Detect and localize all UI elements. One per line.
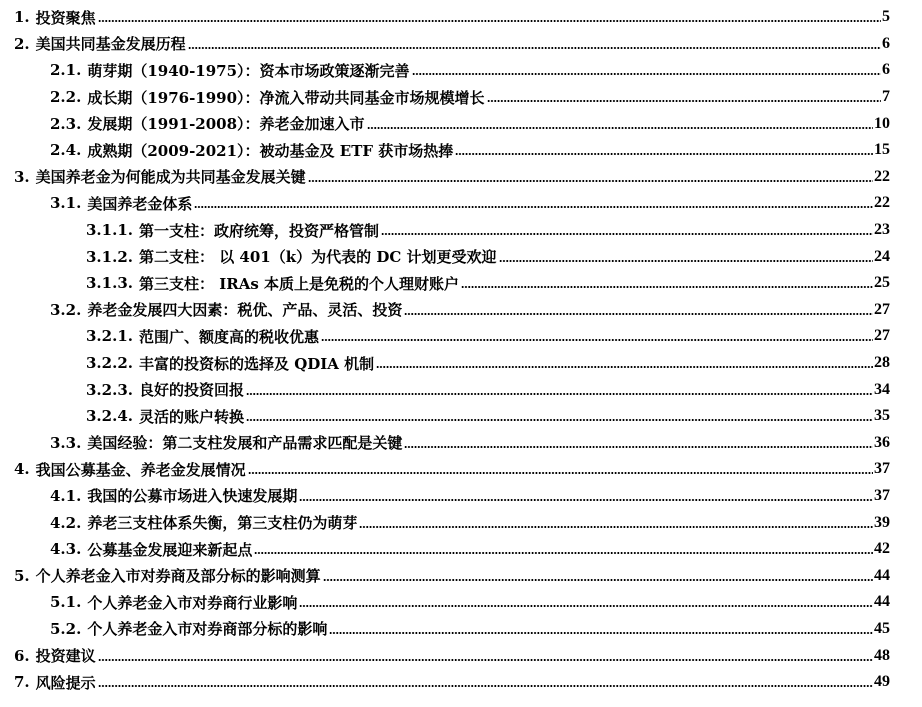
dot-leader [404, 312, 873, 316]
toc-entry-page-number: 27 [874, 301, 890, 319]
dot-leader [367, 126, 873, 130]
toc-entry[interactable]: 4.3.公募基金发展迎来新起点42 [0, 536, 922, 563]
toc-entry-page-number: 6 [882, 61, 890, 79]
toc-entry-title: 美国养老金为何能成为共同基金发展关键 [36, 166, 306, 187]
dot-leader [98, 684, 873, 688]
toc-entry-number: 3.3. [50, 434, 81, 452]
dot-leader [98, 19, 881, 23]
toc-entry-title: 美国经验：第二支柱发展和产品需求匹配是关键 [87, 432, 402, 453]
toc-entry-page-number: 24 [874, 248, 890, 266]
dot-leader [461, 285, 873, 289]
toc-entry[interactable]: 4.1.我国的公募市场进入快速发展期37 [0, 483, 922, 510]
toc-entry-page-number: 36 [874, 434, 890, 452]
toc-entry-number: 4.3. [50, 540, 81, 558]
toc-entry-number: 2.3. [50, 115, 81, 133]
toc-entry-title: 个人养老金入市对券商部分标的影响 [87, 618, 327, 639]
toc-entry-page-number: 49 [874, 673, 890, 691]
toc-entry-title: 第二支柱： 以 401（k）为代表的 DC 计划更受欢迎 [139, 246, 497, 267]
toc-entry-number: 3.1.3. [86, 274, 133, 292]
toc-entry[interactable]: 6.投资建议48 [0, 642, 922, 669]
toc-entry-number: 2. [14, 35, 30, 53]
toc-entry-page-number: 28 [874, 354, 890, 372]
toc-entry-page-number: 44 [874, 593, 890, 611]
toc-entry-number: 4. [14, 460, 30, 478]
toc-entry[interactable]: 2.3.发展期（1991-2008）：养老金加速入市10 [0, 110, 922, 137]
dot-leader [412, 72, 881, 76]
toc-entry-title: 第三支柱： IRAs 本质上是免税的个人理财账户 [139, 273, 459, 294]
dot-leader [254, 551, 873, 555]
toc-entry-page-number: 45 [874, 620, 890, 638]
toc-entry-page-number: 22 [874, 168, 890, 186]
dot-leader [194, 205, 873, 209]
toc-entry-number: 2.1. [50, 61, 81, 79]
dot-leader [381, 232, 873, 236]
toc-entry-title: 我国公募基金、养老金发展情况 [36, 459, 246, 480]
toc-entry[interactable]: 4.我国公募基金、养老金发展情况37 [0, 456, 922, 483]
toc-entry[interactable]: 2.美国共同基金发展历程6 [0, 31, 922, 58]
dot-leader [299, 498, 873, 502]
toc-entry-page-number: 42 [874, 540, 890, 558]
toc-entry-title: 投资聚焦 [36, 7, 96, 28]
toc-entry-title: 美国养老金体系 [87, 193, 192, 214]
toc-entry-number: 2.4. [50, 141, 81, 159]
toc-entry-title: 我国的公募市场进入快速发展期 [87, 485, 297, 506]
toc-entry-number: 5.2. [50, 620, 81, 638]
toc-entry-page-number: 10 [874, 115, 890, 133]
dot-leader [404, 445, 873, 449]
toc-entry-title: 成长期（1976-1990）：净流入带动共同基金市场规模增长 [87, 87, 484, 108]
toc-entry[interactable]: 7.风险提示49 [0, 669, 922, 696]
dot-leader [455, 152, 873, 156]
toc-entry-page-number: 39 [874, 514, 890, 532]
toc-entry-number: 3.2.1. [86, 327, 133, 345]
toc-entry-title: 范围广、额度高的税收优惠 [139, 326, 319, 347]
toc-entry-title: 个人养老金入市对券商及部分标的影响测算 [36, 565, 321, 586]
toc-entry[interactable]: 3.1.2.第二支柱： 以 401（k）为代表的 DC 计划更受欢迎24 [0, 243, 922, 270]
toc-entry-number: 3.1.2. [86, 248, 133, 266]
toc-entry[interactable]: 2.4.成熟期（2009-2021）：被动基金及 ETF 获市场热捧15 [0, 137, 922, 164]
toc-entry-title: 灵活的账户转换 [139, 406, 244, 427]
dot-leader [248, 471, 873, 475]
toc-entry-number: 4.2. [50, 514, 81, 532]
toc-entry-title: 公募基金发展迎来新起点 [87, 539, 252, 560]
toc-entry[interactable]: 5.1.个人养老金入市对券商行业影响44 [0, 589, 922, 616]
dot-leader [329, 631, 873, 635]
toc-entry-number: 1. [14, 8, 30, 26]
toc-entry-page-number: 23 [874, 221, 890, 239]
toc-entry-page-number: 35 [874, 407, 890, 425]
toc-entry[interactable]: 3.3.美国经验：第二支柱发展和产品需求匹配是关键36 [0, 430, 922, 457]
dot-leader [246, 418, 873, 422]
toc-entry-page-number: 25 [874, 274, 890, 292]
toc-entry[interactable]: 1.投资聚焦5 [0, 4, 922, 31]
dot-leader [323, 578, 873, 582]
toc-entry-page-number: 34 [874, 381, 890, 399]
toc-entry-title: 风险提示 [36, 672, 96, 693]
toc-entry[interactable]: 3.1.3.第三支柱： IRAs 本质上是免税的个人理财账户25 [0, 270, 922, 297]
toc-entry[interactable]: 2.2.成长期（1976-1990）：净流入带动共同基金市场规模增长7 [0, 84, 922, 111]
toc-entry-title: 萌芽期（1940-1975）：资本市场政策逐渐完善 [87, 60, 409, 81]
dot-leader [359, 525, 873, 529]
toc-entry-number: 5.1. [50, 593, 81, 611]
dot-leader [487, 99, 881, 103]
toc-entry-number: 5. [14, 567, 30, 585]
toc-entry-number: 3.1.1. [86, 221, 133, 239]
dot-leader [246, 392, 873, 396]
toc-entry-number: 3. [14, 168, 30, 186]
toc-entry[interactable]: 4.2.养老三支柱体系失衡，第三支柱仍为萌芽39 [0, 509, 922, 536]
toc-entry[interactable]: 3.2.养老金发展四大因素：税优、产品、灵活、投资27 [0, 297, 922, 324]
toc-entry[interactable]: 2.1.萌芽期（1940-1975）：资本市场政策逐渐完善6 [0, 57, 922, 84]
toc-entry-number: 7. [14, 673, 30, 691]
toc-entry[interactable]: 5.2.个人养老金入市对券商部分标的影响45 [0, 616, 922, 643]
toc-entry-title: 养老三支柱体系失衡，第三支柱仍为萌芽 [87, 512, 357, 533]
toc-entry[interactable]: 3.2.2.丰富的投资标的选择及 QDIA 机制28 [0, 350, 922, 377]
dot-leader [308, 179, 873, 183]
toc-entry-page-number: 5 [882, 8, 890, 26]
toc-entry[interactable]: 3.2.4.灵活的账户转换35 [0, 403, 922, 430]
toc-entry-page-number: 22 [874, 194, 890, 212]
toc-entry-number: 3.2.2. [86, 354, 133, 372]
toc-entry[interactable]: 5.个人养老金入市对券商及部分标的影响测算44 [0, 562, 922, 589]
toc-entry-number: 3.2.4. [86, 407, 133, 425]
toc-entry-title: 良好的投资回报 [139, 379, 244, 400]
dot-leader [321, 338, 873, 342]
toc-entry-title: 成熟期（2009-2021）：被动基金及 ETF 获市场热捧 [87, 140, 453, 161]
toc-entry-page-number: 44 [874, 567, 890, 585]
toc-entry-number: 3.2.3. [86, 381, 133, 399]
table-of-contents: 1.投资聚焦52.美国共同基金发展历程62.1.萌芽期（1940-1975）：资… [0, 4, 922, 695]
toc-entry[interactable]: 3.1.1.第一支柱：政府统筹，投资严格管制23 [0, 217, 922, 244]
dot-leader [188, 46, 881, 50]
toc-entry-title: 发展期（1991-2008）：养老金加速入市 [87, 113, 364, 134]
toc-entry-title: 第一支柱：政府统筹，投资严格管制 [139, 220, 379, 241]
toc-entry[interactable]: 3.2.3.良好的投资回报34 [0, 376, 922, 403]
toc-entry-title: 美国共同基金发展历程 [36, 33, 186, 54]
dot-leader [376, 365, 873, 369]
toc-entry-page-number: 6 [882, 35, 890, 53]
toc-entry-title: 投资建议 [36, 645, 96, 666]
toc-entry-page-number: 37 [874, 460, 890, 478]
toc-entry-title: 丰富的投资标的选择及 QDIA 机制 [139, 353, 374, 374]
toc-entry-title: 个人养老金入市对券商行业影响 [87, 592, 297, 613]
toc-entry-page-number: 48 [874, 647, 890, 665]
toc-entry-title: 养老金发展四大因素：税优、产品、灵活、投资 [87, 299, 402, 320]
dot-leader [499, 259, 873, 263]
toc-entry-number: 2.2. [50, 88, 81, 106]
toc-entry-number: 3.1. [50, 194, 81, 212]
toc-entry-page-number: 7 [882, 88, 890, 106]
toc-entry-page-number: 15 [874, 141, 890, 159]
toc-entry[interactable]: 3.1.美国养老金体系22 [0, 190, 922, 217]
dot-leader [299, 604, 873, 608]
toc-entry-number: 6. [14, 647, 30, 665]
toc-entry-number: 4.1. [50, 487, 81, 505]
dot-leader [98, 658, 873, 662]
toc-entry-number: 3.2. [50, 301, 81, 319]
toc-entry-page-number: 27 [874, 327, 890, 345]
toc-entry[interactable]: 3.2.1.范围广、额度高的税收优惠27 [0, 323, 922, 350]
toc-entry-page-number: 37 [874, 487, 890, 505]
toc-entry[interactable]: 3.美国养老金为何能成为共同基金发展关键22 [0, 164, 922, 191]
